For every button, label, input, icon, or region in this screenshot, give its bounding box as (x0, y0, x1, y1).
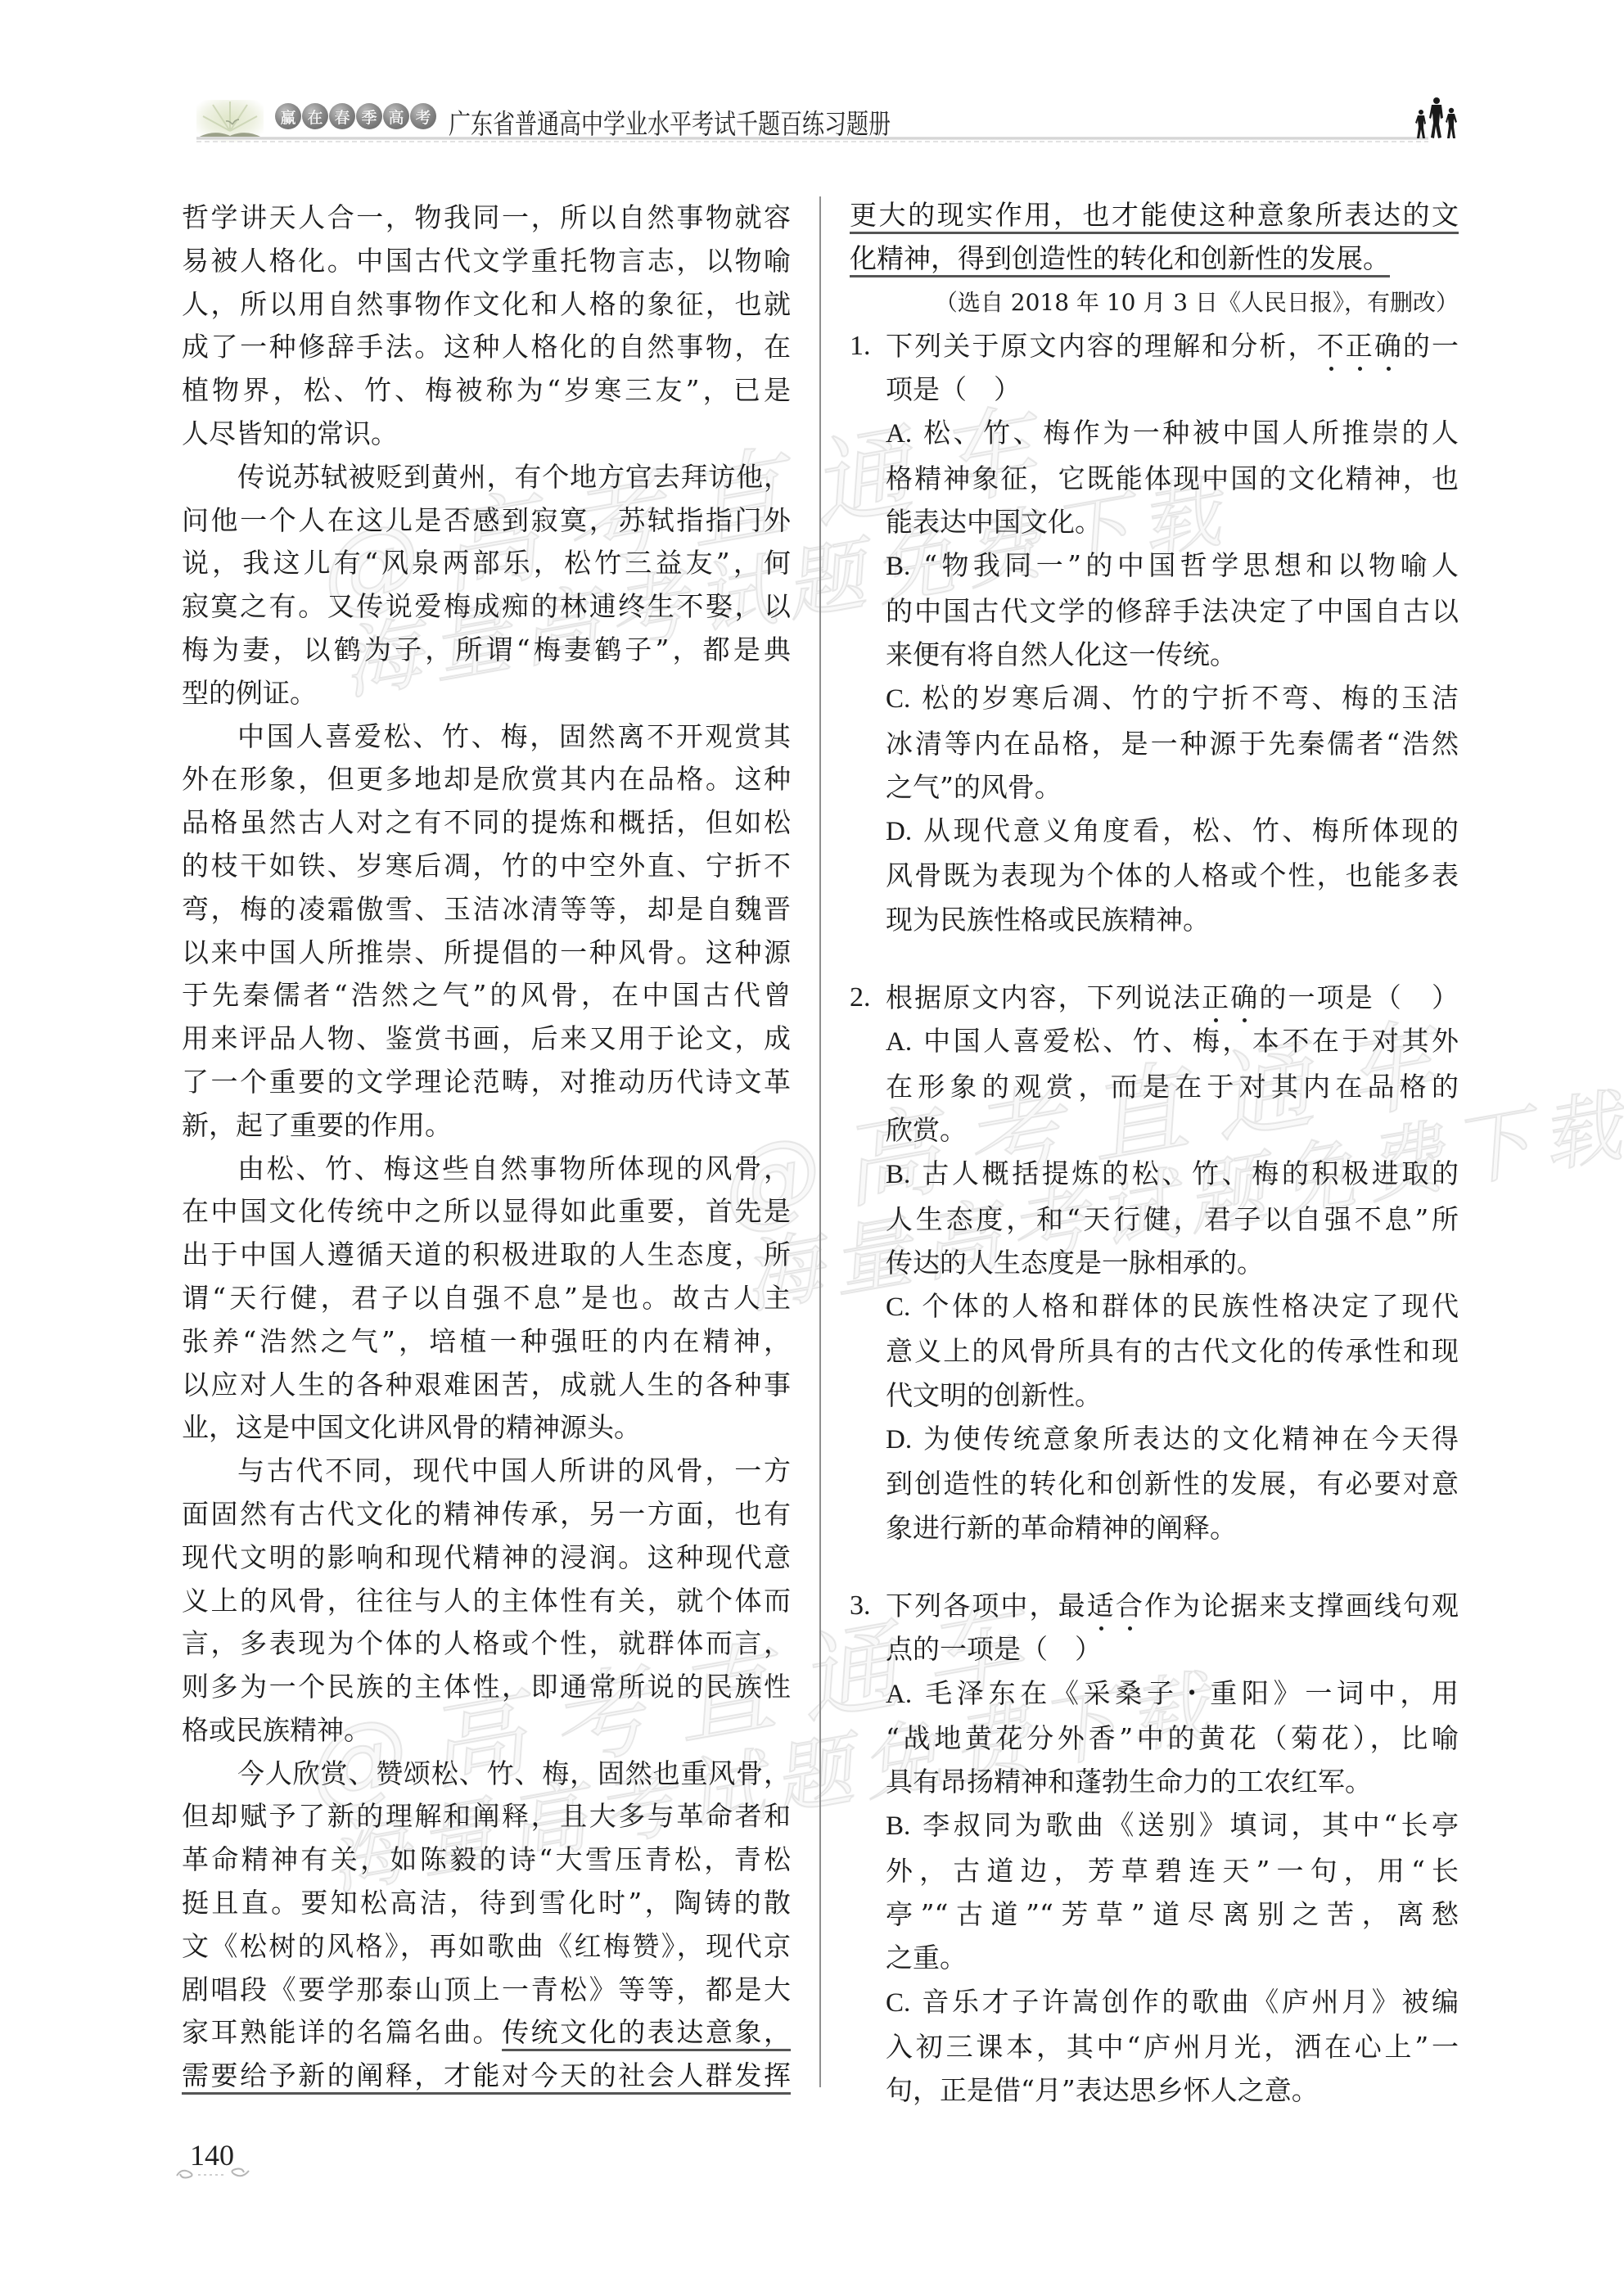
question-2: 2. 根据原文内容，下列说法正确的一项是（ ） A. 中国人喜爱松、竹、梅，本不… (850, 976, 1459, 1549)
option-line: 亭”“古道”“芳草”道尽离别之苦，离愁 (886, 1892, 1459, 1936)
question-stem-line: 项是（ ） (886, 368, 1459, 411)
text-line: 现代文明的影响和现代精神的浸润。这种现代意 (182, 1536, 791, 1580)
text-line: 人尽皆知的常识。 (182, 413, 791, 456)
stem-text: 的一项是（ ） (1259, 981, 1459, 1013)
option-line: 能表达中国文化。 (886, 500, 1459, 544)
stem-text: 下列各项中，最 (886, 1590, 1087, 1622)
text-line: 品格虽然古人对之有不同的提炼和概括，但如松 (182, 801, 791, 845)
option-label: A. (886, 1680, 912, 1709)
text-line: 成了一种修辞手法。这种人格化的自然事物，在 (182, 326, 791, 369)
option-line: 欣赏。 (886, 1108, 1459, 1152)
paragraph-2: 传说苏轼被贬到黄州，有个地方官去拜访他， 问他一个人在这儿是否感到寂寞，苏轼指指… (182, 456, 791, 715)
text-line: 外在形象，但更多地却是欣赏其内在品格。这种 (182, 758, 791, 801)
option-text: 李叔同为歌曲《送别》填词，其中“长亭 (923, 1809, 1459, 1841)
option-label: B. (886, 552, 910, 581)
paragraph-4: 由松、竹、梅这些自然事物所体现的风骨， 在中国文化传统中之所以显得如此重要，首先… (182, 1148, 791, 1450)
stem-text: 作为论据来支撑画线句观 (1144, 1590, 1459, 1622)
text-line: 需要给予新的阐释，才能对今天的社会人群发挥 (182, 2055, 791, 2098)
text-line: 了一个重要的文学理论范畴，对推动历代诗文革 (182, 1061, 791, 1104)
text-line: 更大的现实作用，也才能使这种意象所表达的文 (850, 193, 1459, 237)
option-c: C. 个体的人格和群体的民族性格决定了现代 意义上的风骨所具有的古代文化的传承性… (886, 1284, 1459, 1417)
option-label: A. (886, 1027, 912, 1057)
paragraph-6: 今人欣赏、赞颂松、竹、梅，固然也重风骨， 但却赋予了新的理解和阐释，且大多与革命… (182, 1752, 791, 2098)
option-line: D. 为使传统意象所表达的文化精神在今天得 (886, 1417, 1459, 1462)
option-label: A. (886, 419, 912, 449)
question-stem-line: 根据原文内容，下列说法正确的一项是（ ） (886, 976, 1459, 1019)
paragraph-3: 中国人喜爱松、竹、梅，固然离不开观赏其 外在形象，但更多地却是欣赏其内在品格。这… (182, 715, 791, 1148)
text-line: 业，这是中国文化讲风骨的精神源头。 (182, 1406, 791, 1450)
series-circle: 春 (329, 103, 355, 129)
text-line: 易被人格化。中国古代文学重托物言志，以物喻 (182, 240, 791, 283)
option-text: 毛泽东在《采桑子・重阳》一词中，用 (925, 1677, 1459, 1709)
option-line: A. 松、竹、梅作为一种被中国人所推崇的人 (886, 411, 1459, 456)
series-circle: 考 (410, 103, 436, 129)
option-line: B. “物我同一”的中国哲学思想和以物喻人 (886, 544, 1459, 589)
option-line: 意义上的风骨所具有的古代文化的传承性和现 (886, 1329, 1459, 1373)
question-stem-line: 点的一项是（ ） (886, 1627, 1459, 1671)
text-line: 弯，梅的凌霜傲雪、玉洁冰清等等，却是自魏晋 (182, 888, 791, 931)
text-line: 挺且直。要知松高洁，待到雪化时”，陶铸的散 (182, 1882, 791, 1925)
question-1: 1. 下列关于原文内容的理解和分析，不正确的一 项是（ ） A. 松、竹、梅作为… (850, 324, 1459, 941)
option-line: 现为民族性格或民族精神。 (886, 898, 1459, 941)
emphasis-char: 不 (1317, 330, 1346, 362)
question-stem-line: 下列关于原文内容的理解和分析，不正确的一 (886, 324, 1459, 368)
option-line: 风骨既为表现为个体的人格或个性，也能多表 (886, 854, 1459, 897)
paragraph-5: 与古代不同，现代中国人所讲的风骨，一方 面固然有古代文化的精神传承，另一方面，也… (182, 1450, 791, 1752)
option-line: 代文明的创新性。 (886, 1374, 1459, 1417)
option-label: B. (886, 1811, 910, 1841)
series-circle: 高 (383, 103, 409, 129)
text-line: 在中国文化传统中之所以显得如此重要，首先是 (182, 1190, 791, 1234)
option-line: 传达的人生态度是一脉相承的。 (886, 1241, 1459, 1284)
paragraph-1: 哲学讲天人合一，物我同一，所以自然事物就容 易被人格化。中国古代文学重托物言志，… (182, 196, 791, 456)
option-line: 象进行新的革命精神的阐释。 (886, 1506, 1459, 1549)
text-line: 文《松树的风格》，再如歌曲《红梅赞》，现代京 (182, 1925, 791, 1969)
option-line: 冰清等内在品格，是一种源于先秦儒者“浩然 (886, 722, 1459, 765)
option-c: C. 松的岁寒后凋、竹的宁折不弯、梅的玉洁 冰清等内在品格，是一种源于先秦儒者“… (886, 676, 1459, 809)
option-b: B. “物我同一”的中国哲学思想和以物喻人 的中国古代文学的修辞手法决定了中国自… (886, 544, 1459, 676)
option-a: A. 松、竹、梅作为一种被中国人所推崇的人 格精神象征，它既能体现中国的文化精神… (886, 411, 1459, 544)
passage-continuation: 更大的现实作用，也才能使这种意象所表达的文 化精神，得到创造性的转化和创新性的发… (850, 193, 1459, 281)
text-line: 面固然有古代文化的精神传承，另一方面，也有 (182, 1493, 791, 1536)
stem-text: 根据原文内容，下列说法 (886, 981, 1202, 1013)
option-line: C. 音乐才子许嵩创作的歌曲《庐州月》被编 (886, 1980, 1459, 2025)
option-line: 入初三课本，其中“庐州月光，洒在心上”一 (886, 2025, 1459, 2068)
ornament-icon (174, 2166, 252, 2181)
option-line: 人生态度，和“天行健，君子以自强不息”所 (886, 1198, 1459, 1241)
text-line: 人，所以用自然事物作文化和人格的象征，也就 (182, 283, 791, 327)
option-line: A. 毛泽东在《采桑子・重阳》一词中，用 (886, 1671, 1459, 1716)
text-line: 但却赋予了新的理解和阐释，且大多与革命者和 (182, 1795, 791, 1838)
emphasis-char: 正 (1202, 981, 1230, 1013)
text-line: 型的例证。 (182, 672, 791, 715)
option-label: C. (886, 1292, 910, 1322)
option-line: D. 从现代意义角度看，松、竹、梅所体现的 (886, 809, 1459, 854)
text-line: 传说苏轼被贬到黄州，有个地方官去拜访他， (182, 456, 791, 499)
series-circle: 季 (356, 103, 382, 129)
text-line: 用来评品人物、鉴赏书画，后来又用于论文，成 (182, 1017, 791, 1061)
option-line: B. 李叔同为歌曲《送别》填词，其中“长亭 (886, 1803, 1459, 1848)
series-logo: 赢 在 春 季 高 考 (275, 103, 436, 131)
text-line: 则多为一个民族的主体性，即通常所说的民族性 (182, 1666, 791, 1709)
header-rule (196, 137, 1428, 140)
option-text: 松的岁寒后凋、竹的宁折不弯、梅的玉洁 (922, 682, 1459, 714)
text-line: 义上的风骨，往往与人的主体性有关，就个体而 (182, 1580, 791, 1623)
source-citation: （选自 2018 年 10 月 3 日《人民日报》，有删改） (850, 281, 1459, 324)
text-line: 的枝干如铁、岁寒后凋，竹的中空外直、宁折不 (182, 845, 791, 888)
passage-left-column: 哲学讲天人合一，物我同一，所以自然事物就容 易被人格化。中国古代文学重托物言志，… (182, 196, 791, 2098)
emphasis-char: 确 (1374, 330, 1403, 362)
option-line: 在形象的观赏，而是在于对其内在品格的 (886, 1065, 1459, 1108)
emphasis-char: 适 (1087, 1590, 1116, 1622)
option-label: D. (886, 1425, 912, 1455)
stem-text: 点的一项是（ ） (886, 1633, 1102, 1665)
text-line: 格或民族精神。 (182, 1709, 791, 1752)
option-line: 具有昂扬精神和蓬勃生命力的工农红军。 (886, 1760, 1459, 1803)
text-line: 出于中国人遵循天道的积极进取的人生态度，所 (182, 1234, 791, 1277)
text-line: 以来中国人所推崇、所提倡的一种风骨。这种源 (182, 931, 791, 975)
option-text: 中国人喜爱松、竹、梅，本不在于对其外 (923, 1025, 1459, 1057)
option-label: C. (886, 1988, 910, 2018)
underlined-sentence: 更大的现实作用，也才能使这种意象所表达的文 (850, 199, 1459, 231)
option-line: 到创造性的转化和创新性的发展，有必要对意 (886, 1462, 1459, 1505)
text-line: 新，起了重要的作用。 (182, 1104, 791, 1148)
option-b: B. 李叔同为歌曲《送别》填词，其中“长亭 外，古道边，芳草碧连天”一句，用“长… (886, 1803, 1459, 1979)
text-line: 中国人喜爱松、竹、梅，固然离不开观赏其 (182, 715, 791, 759)
text-line: 哲学讲天人合一，物我同一，所以自然事物就容 (182, 196, 791, 240)
text-line: 与古代不同，现代中国人所讲的风骨，一方 (182, 1450, 791, 1493)
text-line: 革命精神有关，如陈毅的诗“大雪压青松，青松 (182, 1838, 791, 1882)
text-line: 化精神，得到创造性的转化和创新性的发展。 (850, 237, 1459, 280)
text-line: 于先秦儒者“浩然之气”的风骨，在中国古代曾 (182, 974, 791, 1017)
column-divider (819, 196, 821, 2087)
underlined-sentence: 需要给予新的阐释，才能对今天的社会人群发挥 (182, 2059, 791, 2091)
question-number: 2. (850, 976, 871, 1019)
option-text: 为使传统意象所表达的文化精神在今天得 (923, 1423, 1459, 1455)
text-line: 由松、竹、梅这些自然事物所体现的风骨， (182, 1148, 791, 1191)
text-line: 以应对人生的各种艰难困苦，成就人生的各种事 (182, 1364, 791, 1407)
questions-right-column: 更大的现实作用，也才能使这种意象所表达的文 化精神，得到创造性的转化和创新性的发… (850, 193, 1459, 2112)
series-circle: 赢 (275, 103, 301, 129)
option-text: “物我同一”的中国哲学思想和以物喻人 (923, 549, 1459, 581)
option-text: 音乐才子许嵩创作的歌曲《庐州月》被编 (922, 1986, 1459, 2018)
option-b: B. 古人概括提炼的松、竹、梅的积极进取的 人生态度，和“天行健，君子以自强不息… (886, 1152, 1459, 1284)
emphasis-char: 正 (1346, 330, 1374, 362)
text-line: 剧唱段《要学那泰山顶上一青松》等等，都是大 (182, 1969, 791, 2012)
option-d: D. 从现代意义角度看，松、竹、梅所体现的 风骨既为表现为个体的人格或个性，也能… (886, 809, 1459, 941)
stem-text: 的一 (1403, 330, 1459, 362)
option-line: 句，正是借“月”表达思乡怀人之意。 (886, 2068, 1459, 2112)
option-text: 古人概括提炼的松、竹、梅的积极进取的 (922, 1157, 1459, 1189)
text-line: 梅为妻，以鹤为子，所谓“梅妻鹤子”，都是典 (182, 629, 791, 672)
option-line: 的中国古代文学的修辞手法决定了中国自古以 (886, 589, 1459, 633)
running-figures-icon (1413, 97, 1460, 142)
text-line: 今人欣赏、赞颂松、竹、梅，固然也重风骨， (182, 1752, 791, 1796)
option-line: 外，古道边，芳草碧连天”一句，用“长 (886, 1849, 1459, 1892)
book-title: 广东省普通高中学业水平考试千题百练习题册 (449, 101, 891, 142)
option-line: 格精神象征，它既能体现中国的文化精神，也 (886, 457, 1459, 500)
option-label: D. (886, 817, 912, 846)
text-line: 寂寞之有。又传说爱梅成痴的林逋终生不娶，以 (182, 585, 791, 629)
option-line: 之重。 (886, 1936, 1459, 1979)
text-line: 植物界，松、竹、梅被称为“岁寒三友”，已是 (182, 369, 791, 413)
underlined-sentence: 传统文化的表达意象， (502, 2016, 791, 2048)
stem-text: 下列关于原文内容的理解和分析， (886, 330, 1317, 362)
option-line: A. 中国人喜爱松、竹、梅，本不在于对其外 (886, 1019, 1459, 1064)
text-line: 问他一个人在这儿是否感到寂寞，苏轼指指门外 (182, 499, 791, 543)
option-line: 之气”的风骨。 (886, 765, 1459, 809)
option-text: 从现代意义角度看，松、竹、梅所体现的 (923, 814, 1459, 846)
option-text: 个体的人格和群体的民族性格决定了现代 (922, 1290, 1459, 1322)
emphasis-char: 合 (1116, 1590, 1144, 1622)
option-line: 来便有将自然人化这一传统。 (886, 633, 1459, 676)
option-line: B. 古人概括提炼的松、竹、梅的积极进取的 (886, 1152, 1459, 1197)
option-a: A. 中国人喜爱松、竹、梅，本不在于对其外 在形象的观赏，而是在于对其内在品格的… (886, 1019, 1459, 1152)
option-d: D. 为使传统意象所表达的文化精神在今天得 到创造性的转化和创新性的发展，有必要… (886, 1417, 1459, 1549)
option-line: “战地黄花分外香”中的黄花（菊花），比喻 (886, 1716, 1459, 1760)
option-a: A. 毛泽东在《采桑子・重阳》一词中，用 “战地黄花分外香”中的黄花（菊花），比… (886, 1671, 1459, 1804)
option-line: C. 松的岁寒后凋、竹的宁折不弯、梅的玉洁 (886, 676, 1459, 721)
option-label: C. (886, 684, 910, 714)
option-line: C. 个体的人格和群体的民族性格决定了现代 (886, 1284, 1459, 1329)
option-c: C. 音乐才子许嵩创作的歌曲《庐州月》被编 入初三课本，其中“庐州月光，洒在心上… (886, 1980, 1459, 2113)
text-line: 谓“天行健，君子以自强不息”是也。故古人主 (182, 1277, 791, 1320)
question-number: 1. (850, 324, 871, 368)
series-circle: 在 (302, 103, 328, 129)
stem-text: 项是（ ） (886, 373, 1021, 405)
text-line: 言，多表现为个体的人格或个性，就群体而言， (182, 1622, 791, 1666)
question-3: 3. 下列各项中，最适合作为论据来支撑画线句观 点的一项是（ ） A. 毛泽东在… (850, 1584, 1459, 2113)
option-label: B. (886, 1160, 910, 1189)
text-line: 家耳熟能详的名篇名曲。传统文化的表达意象， (182, 2011, 791, 2055)
option-text: 松、竹、梅作为一种被中国人所推崇的人 (923, 417, 1459, 449)
question-number: 3. (850, 1584, 871, 1627)
underlined-sentence: 化精神，得到创造性的转化和创新性的发展。 (850, 242, 1390, 274)
text-line: 说，我这儿有“风泉两部乐，松竹三益友”，何 (182, 542, 791, 585)
text-segment: 家耳熟能详的名篇名曲。 (182, 2016, 502, 2048)
text-line: 张养“浩然之气”，培植一种强旺的内在精神， (182, 1320, 791, 1364)
question-stem-line: 下列各项中，最适合作为论据来支撑画线句观 (886, 1584, 1459, 1627)
emphasis-char: 确 (1230, 981, 1259, 1013)
